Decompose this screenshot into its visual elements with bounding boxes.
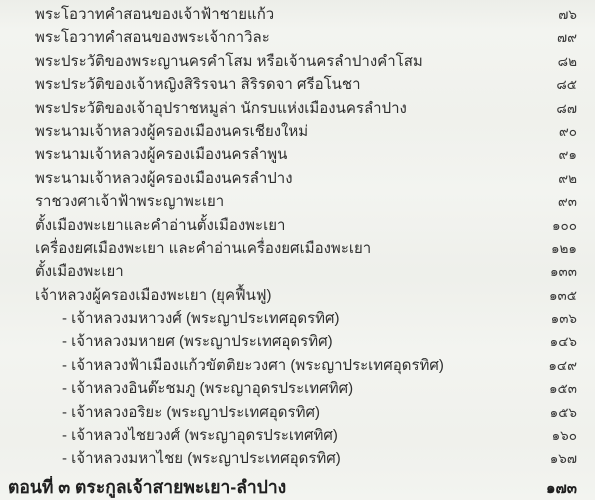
toc-entry-title: พระนามเจ้าหลวงผู้ครองเมืองนครลำพูน [35,143,287,166]
toc-entry-page-number: ๙๑ [543,143,577,166]
toc-row: พระโอวาทคำสอนของเจ้าฟ้าชายแก้ว ๗๖ [35,3,577,26]
toc-row: - เจ้าหลวงอริยะ (พระญาประเทศอุดรทิศ) ๑๕๖ [35,401,577,424]
toc-entry-page-number: ๑๓๖ [543,307,577,330]
toc-entry-page-number: ๘๗ [543,97,577,120]
toc-entry-title: เจ้าหลวงอินต๊ะชมภู (พระญาอุดรประเทศทิศ) [71,377,353,400]
toc-entry-page-number: ๑๕๖ [543,401,577,424]
toc-row: - เจ้าหลวงอินต๊ะชมภู (พระญาอุดรประเทศทิศ… [35,377,577,400]
toc-entry-title: พระโอวาทคำสอนของเจ้าฟ้าชายแก้ว [35,3,274,26]
toc-entry-title: ราชวงศาเจ้าฟ้าพระญาพะเยา [35,190,224,213]
toc-entry-bullet: - [62,424,71,447]
toc-entry-title: ตั้งเมืองพะเยาและคำอ่านตั้งเมืองพะเยา [35,214,285,237]
toc-row: - เจ้าหลวงมหายศ (พระญาประเทศอุดรทิศ) ๑๔๖ [35,330,577,353]
toc-entry-title: ตั้งเมืองพะเยา [35,260,124,283]
toc-row: พระนามเจ้าหลวงผู้ครองเมืองนครเชียงใหม่ ๙… [35,120,577,143]
toc-entry-page-number: ๗๙ [543,26,577,49]
toc-entry-bullet: - [62,330,71,353]
toc-row: พระโอวาทคำสอนของพระเจ้ากาวิละ ๗๙ [35,26,577,49]
toc-row: พระประวัติของเจ้าหญิงสิริรจนา สิริรดจา ศ… [35,73,577,96]
toc-entry-page-number: ๙๓ [543,190,577,213]
toc-entry-title: พระนามเจ้าหลวงผู้ครองเมืองนครลำปาง [35,167,293,190]
toc-entry-bullet: - [62,354,71,377]
toc-entry-title: เจ้าหลวงมหาวงศ์ (พระญาประเทศอุดรทิศ) [71,307,339,330]
toc-row: - เจ้าหลวงมหาวงศ์ (พระญาประเทศอุดรทิศ) ๑… [35,307,577,330]
toc-row: เจ้าหลวงผู้ครองเมืองพะเยา (ยุคฟื้นฟู) ๑๓… [35,284,577,307]
toc-row: - เจ้าหลวงไชยวงศ์ (พระญาอุดรประเทศทิศ) ๑… [35,424,577,447]
toc-row: เครื่องยศเมืองพะเยา และคำอ่านเครื่องยศเม… [35,237,577,260]
toc-row: พระนามเจ้าหลวงผู้ครองเมืองนครลำปาง ๙๒ [35,167,577,190]
toc-entry-page-number: ๑๗๓ [543,477,577,500]
toc-row: พระประวัติของเจ้าอุปราชหมูล่า นักรบแห่งเ… [35,97,577,120]
toc-entry-page-number: ๑๐๐ [543,214,577,237]
scanned-toc-page: พระโอวาทคำสอนของเจ้าฟ้าชายแก้ว ๗๖ พระโอว… [0,0,595,500]
toc-entry-page-number: ๙๒ [543,167,577,190]
toc-entry-title: พระนามเจ้าหลวงผู้ครองเมืองนครเชียงใหม่ [35,120,308,143]
toc-entry-page-number: ๑๔๙ [543,354,577,377]
toc-entry-page-number: ๑๖๐ [543,424,577,447]
toc-list: พระโอวาทคำสอนของเจ้าฟ้าชายแก้ว ๗๖ พระโอว… [35,3,577,499]
toc-entry-title: ตอนที่ ๓ ตระกูลเจ้าสายพะเยา-ลำปาง [8,476,286,499]
toc-row: ตั้งเมืองพะเยาและคำอ่านตั้งเมืองพะเยา ๑๐… [35,214,577,237]
toc-row: พระนามเจ้าหลวงผู้ครองเมืองนครลำพูน ๙๑ [35,143,577,166]
toc-row: ตอนที่ ๓ ตระกูลเจ้าสายพะเยา-ลำปาง ๑๗๓ [8,476,577,499]
toc-entry-title: พระประวัติของเจ้าอุปราชหมูล่า นักรบแห่งเ… [35,97,407,120]
toc-entry-page-number: ๑๓๕ [543,284,577,307]
toc-entry-title: เจ้าหลวงไชยวงศ์ (พระญาอุดรประเทศทิศ) [71,424,338,447]
toc-entry-page-number: ๗๖ [543,3,577,26]
toc-entry-page-number: ๑๓๓ [543,260,577,283]
toc-entry-page-number: ๑๔๖ [543,330,577,353]
toc-entry-bullet: - [62,377,71,400]
toc-entry-page-number: ๘๒ [543,50,577,73]
toc-entry-page-number: ๙๐ [543,120,577,143]
toc-entry-title: พระประวัติของพระญานครคำโสม หรือเจ้านครลำ… [35,50,423,73]
toc-entry-title: เจ้าหลวงฟ้าเมืองแก้วขัตติยะวงศา (พระญาปร… [71,354,444,377]
toc-row: - เจ้าหลวงฟ้าเมืองแก้วขัตติยะวงศา (พระญา… [35,354,577,377]
toc-entry-page-number: ๑๕๓ [543,377,577,400]
toc-entry-bullet: - [62,307,71,330]
toc-entry-title: พระประวัติของเจ้าหญิงสิริรจนา สิริรดจา ศ… [35,73,361,96]
toc-entry-title: เครื่องยศเมืองพะเยา และคำอ่านเครื่องยศเม… [35,237,371,260]
toc-entry-title: เจ้าหลวงผู้ครองเมืองพะเยา (ยุคฟื้นฟู) [35,284,271,307]
toc-entry-title: เจ้าหลวงมหายศ (พระญาประเทศอุดรทิศ) [71,330,332,353]
toc-entry-title: เจ้าหลวงอริยะ (พระญาประเทศอุดรทิศ) [71,401,320,424]
toc-entry-bullet: - [62,447,71,470]
toc-entry-page-number: ๘๕ [543,73,577,96]
toc-row: ตั้งเมืองพะเยา ๑๓๓ [35,260,577,283]
toc-row: - เจ้าหลวงมหาไชย (พระญาประเทศอุดรทิศ) ๑๖… [35,447,577,470]
toc-row: ราชวงศาเจ้าฟ้าพระญาพะเยา ๙๓ [35,190,577,213]
toc-row: พระประวัติของพระญานครคำโสม หรือเจ้านครลำ… [35,50,577,73]
toc-entry-page-number: ๑๒๑ [543,237,577,260]
toc-entry-title: เจ้าหลวงมหาไชย (พระญาประเทศอุดรทิศ) [71,447,341,470]
toc-entry-title: พระโอวาทคำสอนของพระเจ้ากาวิละ [35,26,270,49]
toc-entry-page-number: ๑๖๗ [543,447,577,470]
toc-entry-bullet: - [62,401,71,424]
